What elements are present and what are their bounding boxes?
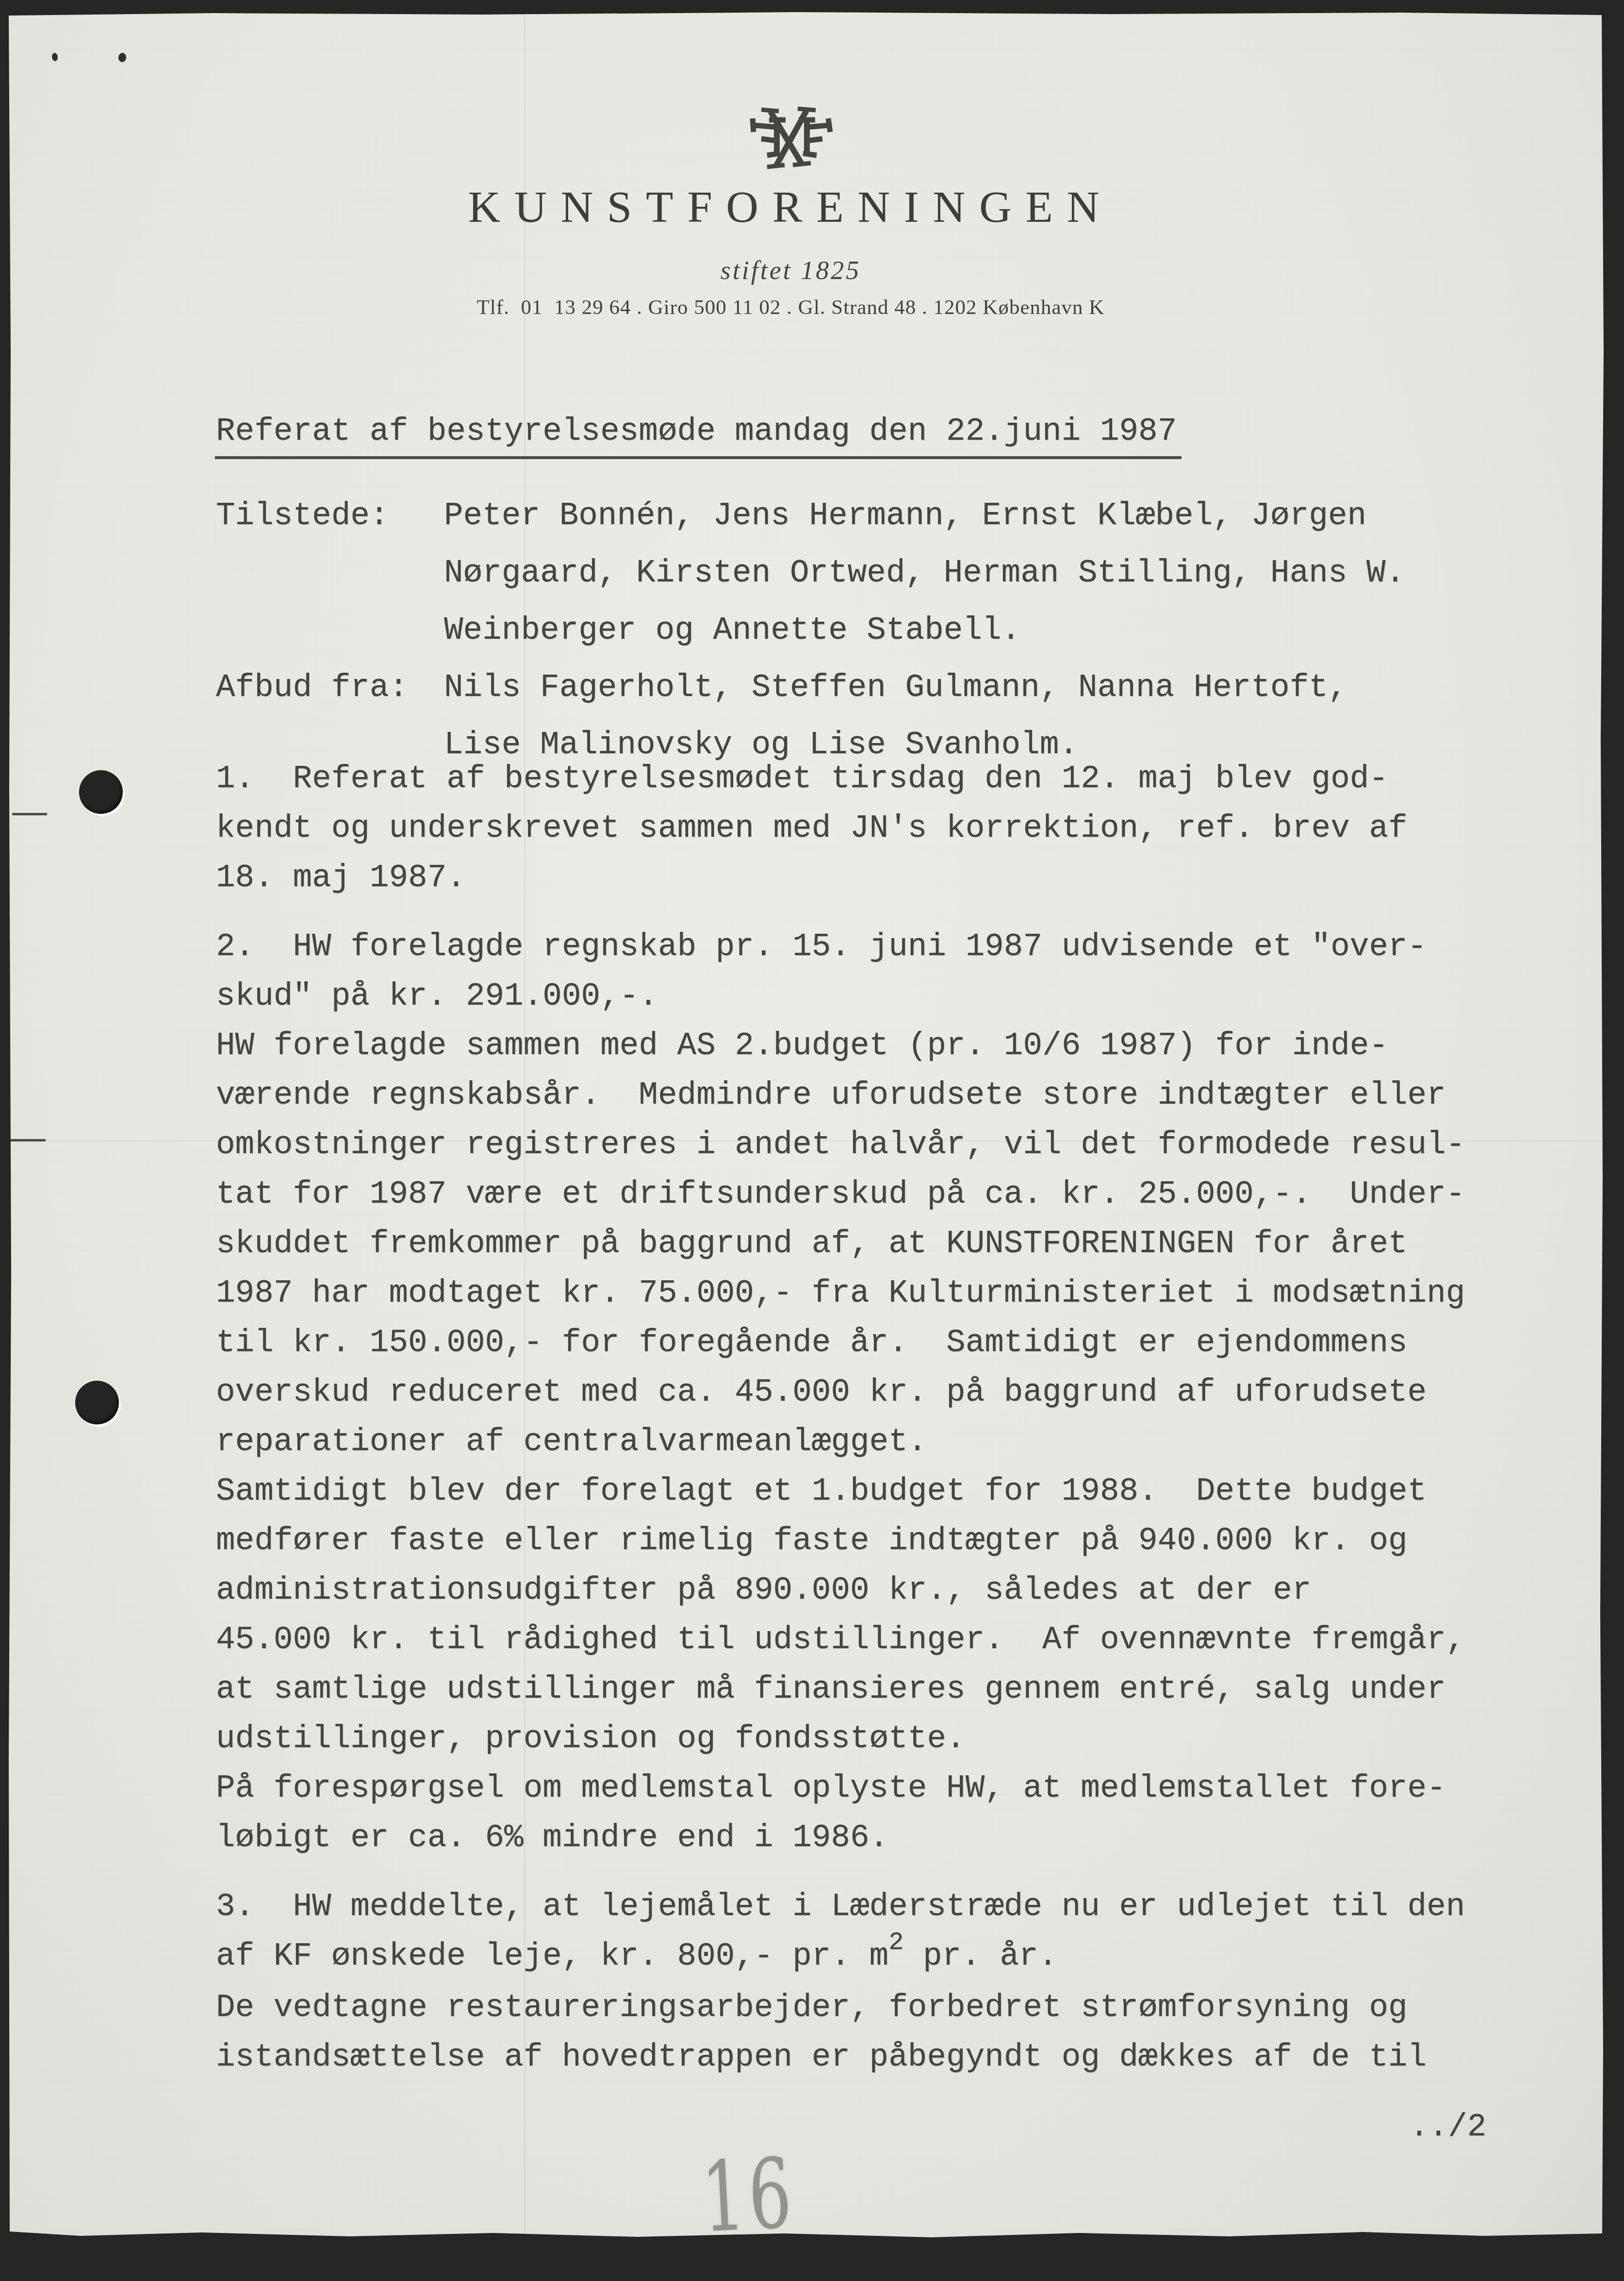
attendance-section: Tilstede:Peter Bonnén, Jens Hermann, Ern… <box>216 451 1526 774</box>
text-line: omkostninger registreres i andet halvår,… <box>216 1120 1536 1170</box>
text-line: istandsættelse af hovedtrappen er påbegy… <box>216 2033 1536 2082</box>
text-line: tat for 1987 være et driftsunderskud på … <box>216 1170 1536 1219</box>
text-line: 18. maj 1987. <box>216 853 1536 903</box>
attendance-label: Tilstede: <box>216 487 444 659</box>
margin-tick-mark <box>12 813 47 815</box>
attendance-group: Tilstede:Peter Bonnén, Jens Hermann, Ern… <box>216 487 1526 659</box>
minutes-paragraph: 2. HW forelagde regnskab pr. 15. juni 19… <box>216 922 1536 1863</box>
founded-line: stiftet 1825 <box>0 257 1588 283</box>
text-line: administrationsudgifter på 890.000 kr., … <box>216 1566 1536 1615</box>
letterhead: KUNSTFORENINGEN stiftet 1825 Tlf. 01 13 … <box>0 12 1588 318</box>
text-line: Peter Bonnén, Jens Hermann, Ernst Klæbel… <box>444 487 1526 545</box>
text-line: 45.000 kr. til rådighed til udstillinger… <box>216 1615 1536 1665</box>
text-line: skud" på kr. 291.000,-. <box>216 972 1536 1021</box>
minutes-paragraph: 3. HW meddelte, at lejemålet i Læderstræ… <box>216 1882 1536 2082</box>
organization-name: KUNSTFORENINGEN <box>0 184 1588 229</box>
contact-line: Tlf. 01 13 29 64 . Giro 500 11 02 . Gl. … <box>0 297 1588 318</box>
text-line: medfører faste eller rimelig faste indtæ… <box>216 1516 1536 1566</box>
minutes-paragraphs: 1. Referat af bestyrelsesmødet tirsdag d… <box>216 754 1536 2082</box>
text-line: På forespørgsel om medlemstal oplyste HW… <box>216 1764 1536 1813</box>
document-paper: KUNSTFORENINGEN stiftet 1825 Tlf. 01 13 … <box>9 12 1604 2238</box>
text-line: 1987 har modtaget kr. 75.000,- fra Kultu… <box>216 1269 1536 1318</box>
text-line: 3. HW meddelte, at lejemålet i Læderstræ… <box>216 1882 1536 1932</box>
page-indicator: ../2 <box>1410 2111 1486 2143</box>
text-line: til kr. 150.000,- for foregående år. Sam… <box>216 1318 1536 1368</box>
punch-hole <box>75 1381 119 1424</box>
text-line: Nils Fagerholt, Steffen Gulmann, Nanna H… <box>444 659 1526 716</box>
attendance-lines: Peter Bonnén, Jens Hermann, Ernst Klæbel… <box>444 487 1526 659</box>
text-line: udstillinger, provision og fondsstøtte. <box>216 1714 1536 1764</box>
minutes-paragraph: 1. Referat af bestyrelsesmødet tirsdag d… <box>216 754 1536 903</box>
text-line: at samtlige udstillinger må finansieres … <box>216 1665 1536 1714</box>
handwritten-page-number: 16 <box>700 2145 798 2246</box>
text-line: kendt og underskrevet sammen med JN's ko… <box>216 804 1536 853</box>
text-line: Weinberger og Annette Stabell. <box>444 602 1526 659</box>
text-line: De vedtagne restaureringsarbejder, forbe… <box>216 1983 1536 2033</box>
text-line: af KF ønskede leje, kr. 800,- pr. m2 pr.… <box>216 1932 1536 1983</box>
punch-hole <box>79 770 123 814</box>
text-line: løbigt er ca. 6% mindre end i 1986. <box>216 1813 1536 1863</box>
text-line: 1. Referat af bestyrelsesmødet tirsdag d… <box>216 754 1536 804</box>
kf-monogram-logo-icon <box>748 104 834 172</box>
text-line: overskud reduceret med ca. 45.000 kr. på… <box>216 1368 1536 1417</box>
scanned-page-photo: KUNSTFORENINGEN stiftet 1825 Tlf. 01 13 … <box>0 0 1624 2281</box>
text-line: 2. HW forelagde regnskab pr. 15. juni 19… <box>216 922 1536 972</box>
text-line: skuddet fremkommer på baggrund af, at KU… <box>216 1219 1536 1269</box>
text-line: reparationer af centralvarmeanlægget. <box>216 1417 1536 1467</box>
margin-tick-mark <box>11 1139 46 1141</box>
superscript-2: 2 <box>888 1928 903 1957</box>
text-line: Nørgaard, Kirsten Ortwed, Herman Stillin… <box>444 545 1526 602</box>
text-line: værende regnskabsår. Medmindre uforudset… <box>216 1071 1536 1120</box>
text-line: Samtidigt blev der forelagt et 1.budget … <box>216 1467 1536 1516</box>
text-line: HW forelagde sammen med AS 2.budget (pr.… <box>216 1021 1536 1071</box>
